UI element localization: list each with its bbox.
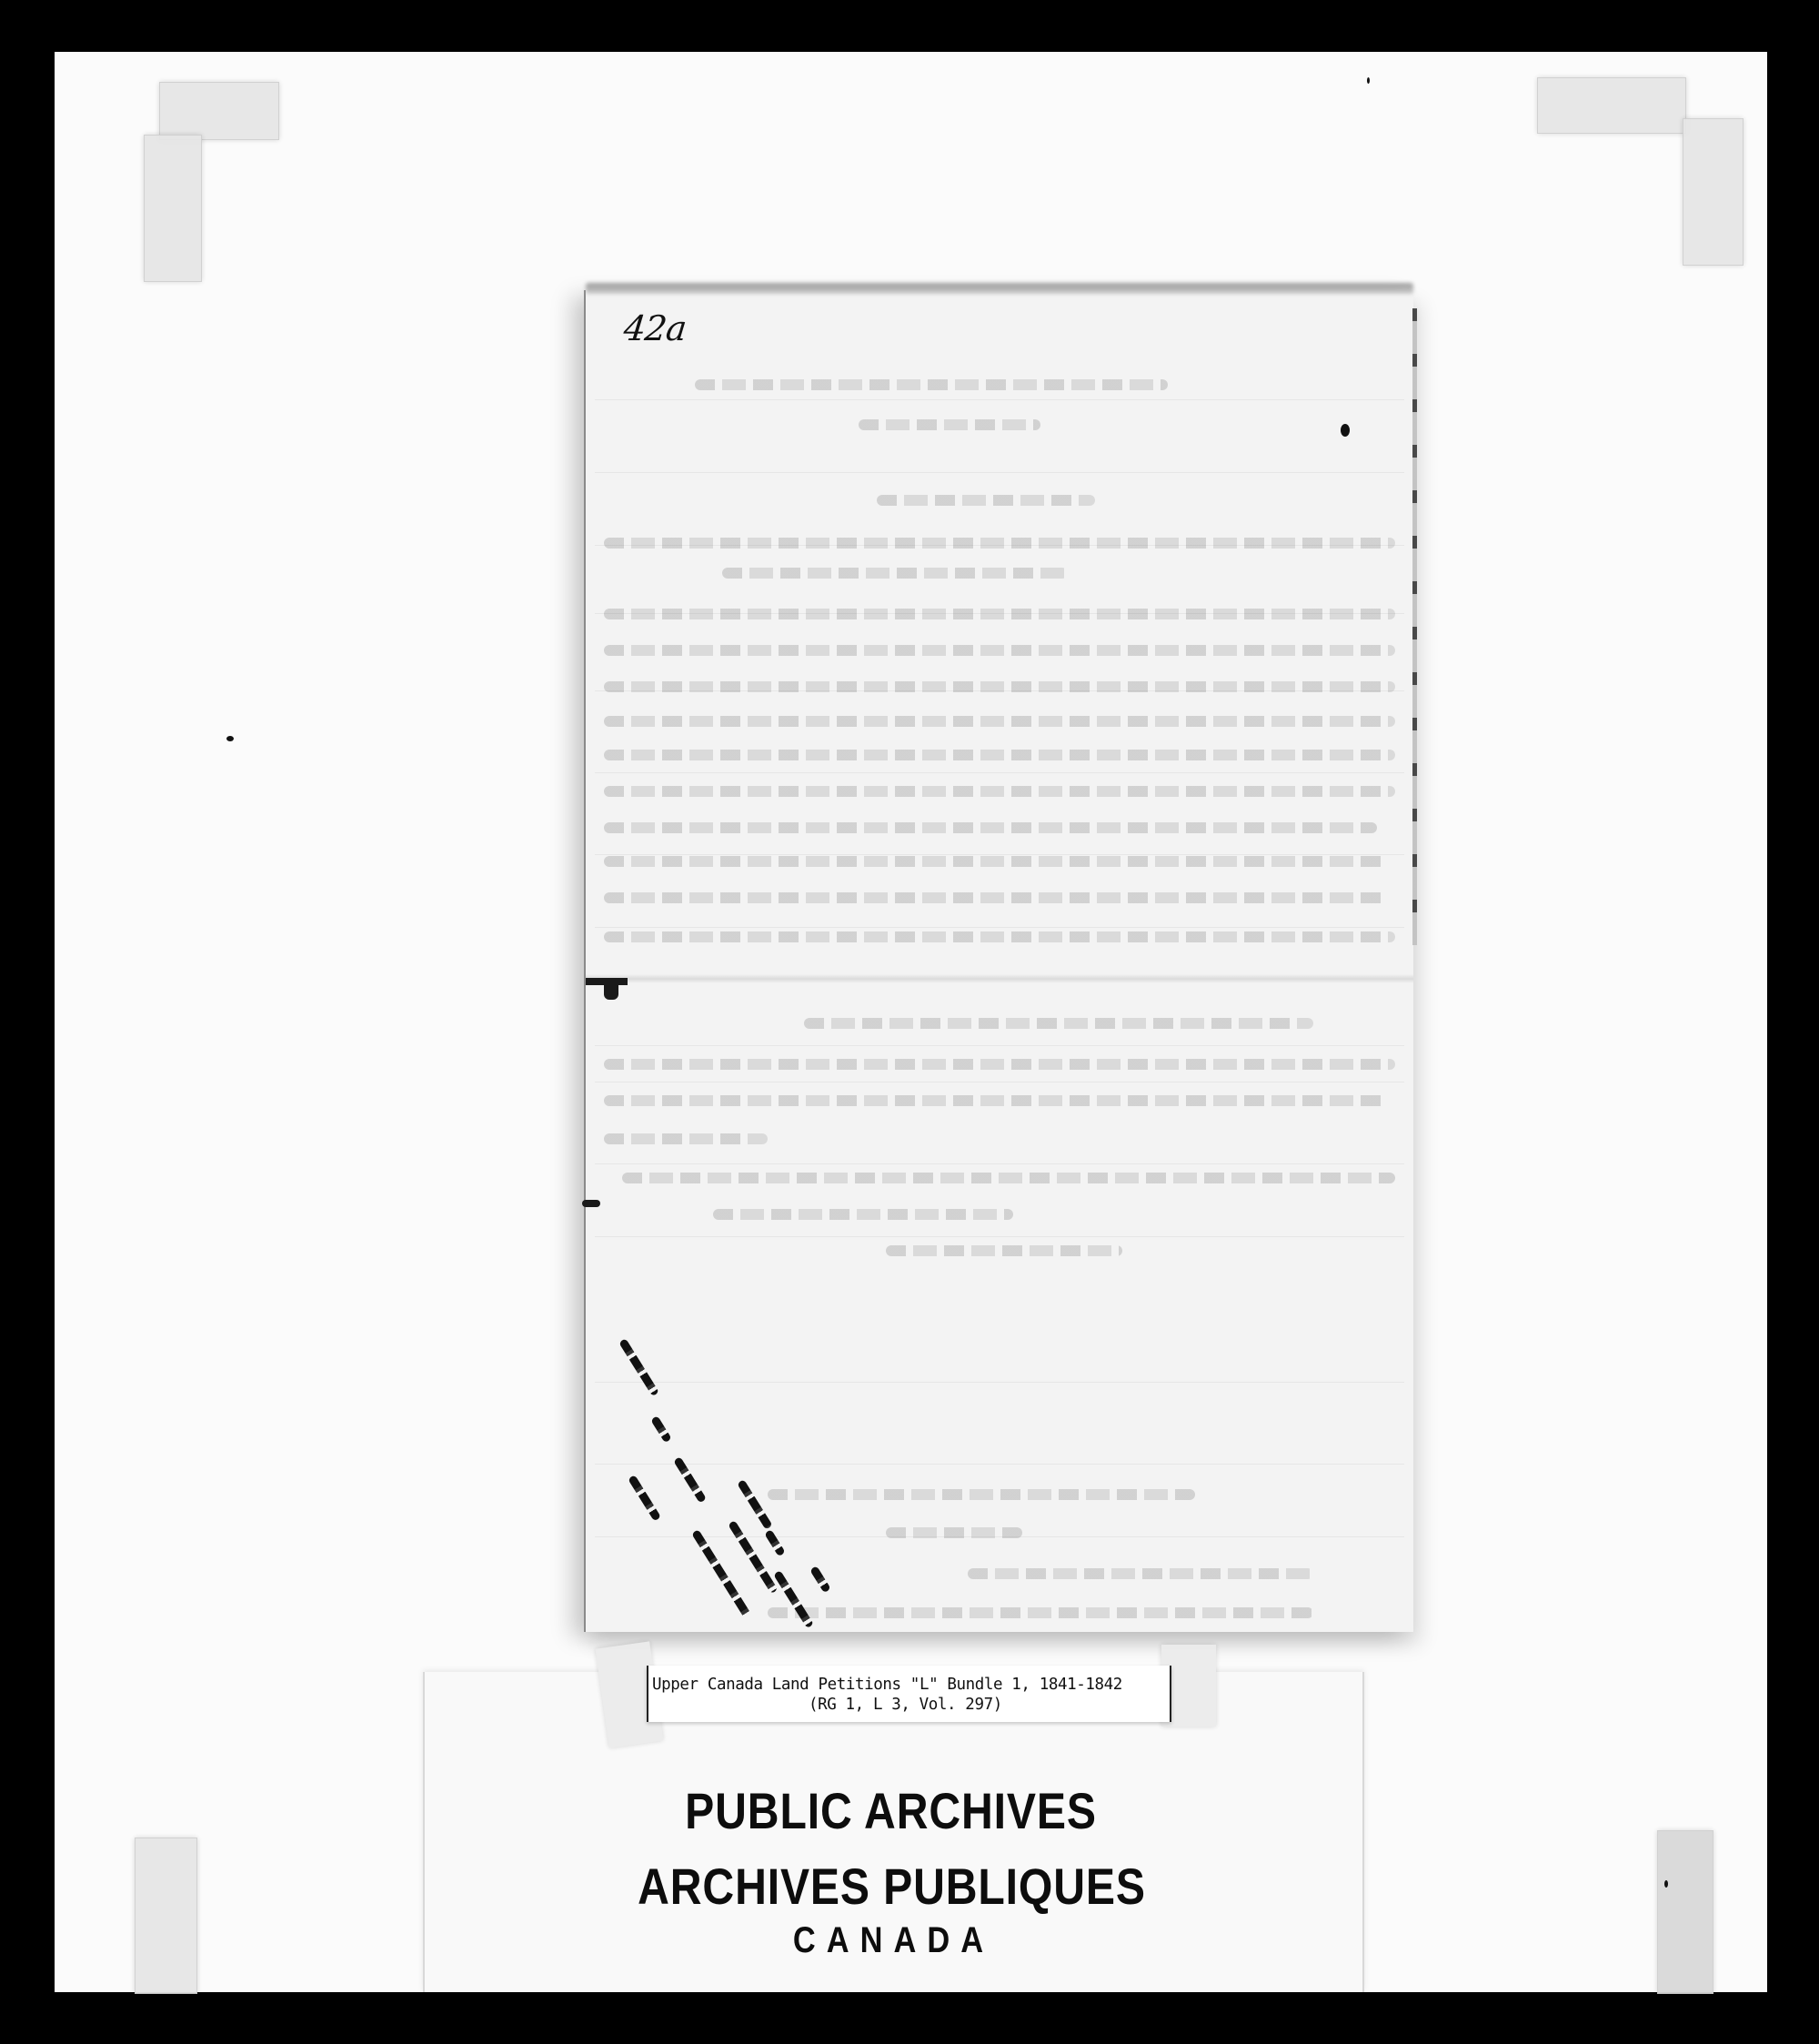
petition-document: 42a [584,290,1413,1632]
catalog-slip-reference: (RG 1, L 3, Vol. 297) [809,1695,1002,1715]
label-archives-publiques: ARCHIVES PUBLIQUES [488,1857,1295,1916]
handwriting-line [622,1173,1395,1183]
handwriting-line [604,1095,1386,1106]
handwriting-line [604,681,1395,692]
document-fold [586,974,1413,983]
ink-blot [1341,424,1350,437]
handwriting-line [604,609,1395,619]
mount-board: 42a [55,52,1767,1992]
tape-top-left-horizontal [159,82,279,140]
label-canada: CANADA [490,1920,1297,1961]
tape-top-right-horizontal [1537,77,1686,134]
handwriting-line [804,1018,1313,1029]
document-top-edge [586,283,1413,294]
handwriting-line [859,419,1040,430]
clip-mark [582,1200,600,1207]
handwriting-line [768,1607,1313,1618]
tape-top-right-vertical [1683,118,1744,266]
speck [1367,77,1370,84]
catalog-slip-title: Upper Canada Land Petitions "L" Bundle 1… [652,1675,1122,1695]
signature [886,1245,1122,1256]
handwriting-line [604,856,1386,867]
signature [968,1568,1313,1579]
handwriting-line [604,645,1395,656]
handwriting-line [695,379,1168,390]
clip-mark [604,983,618,1000]
speck [1664,1880,1668,1888]
handwriting-line [877,495,1095,506]
handwriting-line [722,568,1068,579]
handwriting-line [604,892,1386,903]
handwriting-line [604,822,1377,833]
handwriting-line [604,931,1395,942]
handwriting-line [886,1527,1022,1538]
handwriting-line [604,716,1395,727]
handwriting-line [604,1133,768,1144]
document-bound-edge [1412,308,1417,945]
page-number: 42a [622,308,688,348]
handwriting-line [604,538,1395,549]
handwriting-line [604,786,1395,797]
handwriting-line [604,1059,1395,1070]
catalog-slip: Upper Canada Land Petitions "L" Bundle 1… [647,1666,1171,1722]
tape-bottom-right-vertical [1657,1830,1713,1994]
speck [226,736,234,741]
tape-top-left-vertical [144,135,202,282]
archive-label-card: Upper Canada Land Petitions "L" Bundle 1… [423,1672,1364,1992]
handwriting-line [713,1209,1013,1220]
handwriting-line [604,750,1395,760]
label-public-archives: PUBLIC ARCHIVES [487,1781,1294,1840]
tape-bottom-left-vertical [135,1838,197,1994]
marginal-endorsement [604,1336,840,1618]
